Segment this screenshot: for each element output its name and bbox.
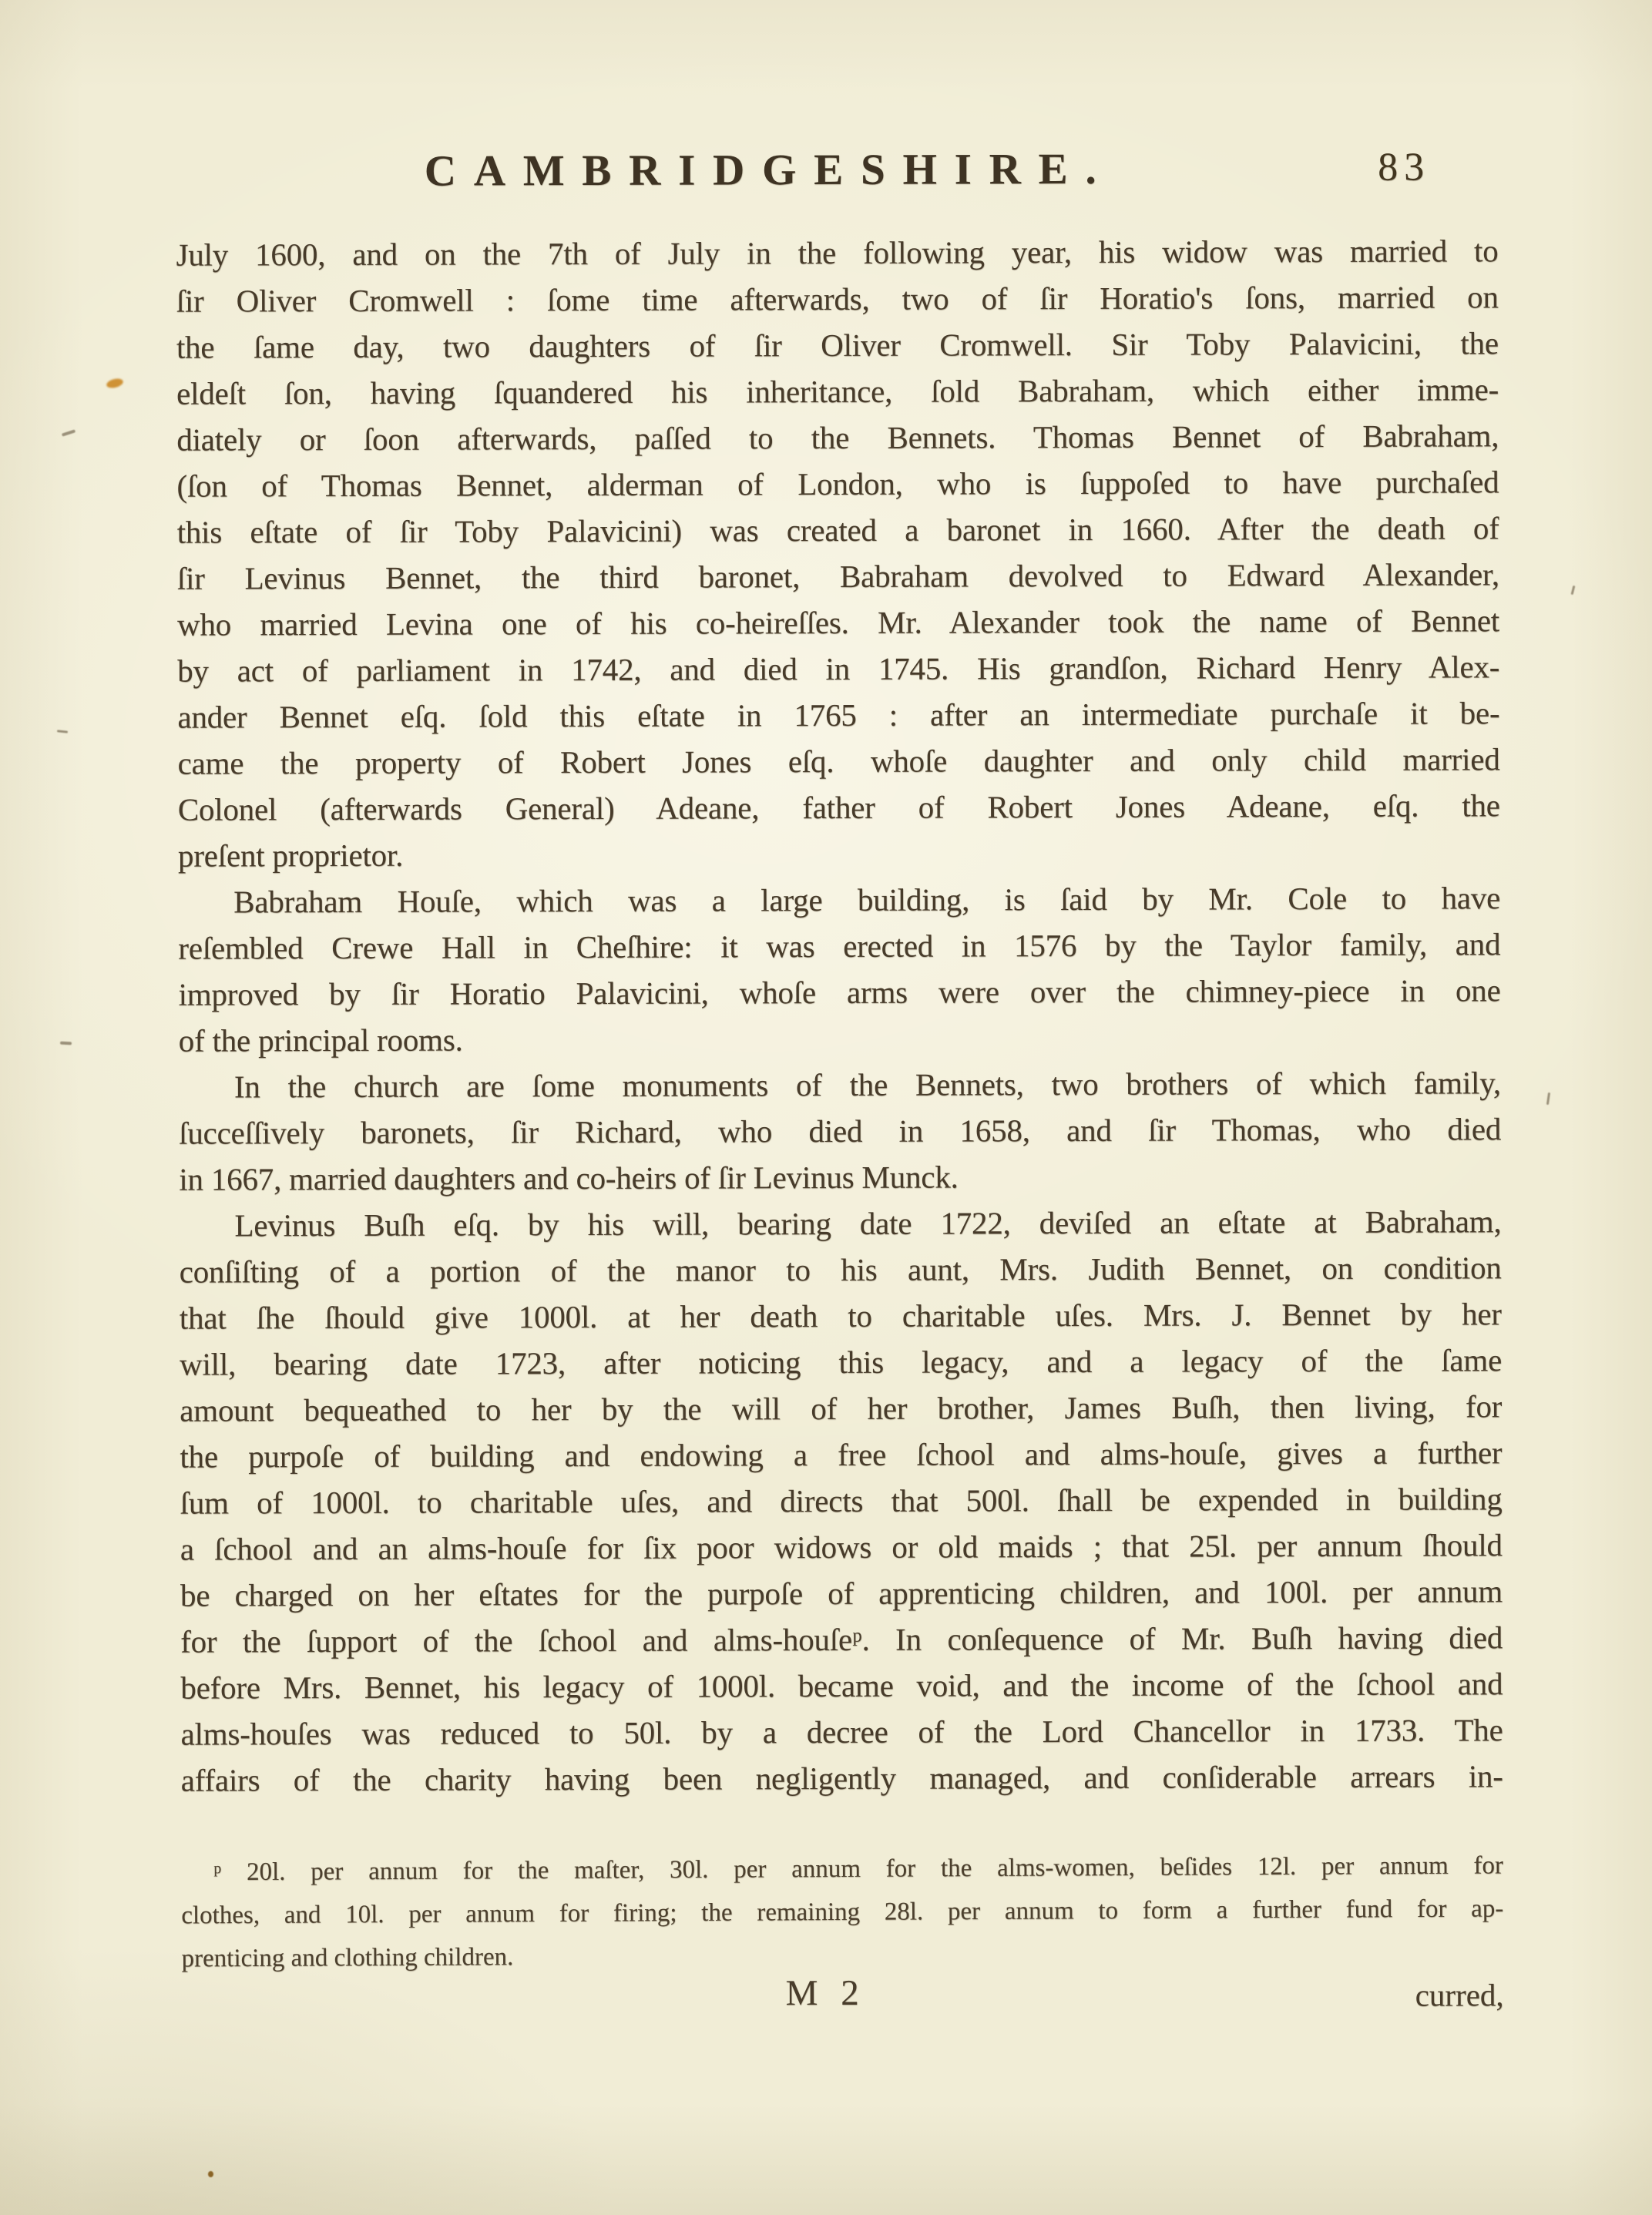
text-line: the ſame day, two daughters of ſir Olive… xyxy=(176,320,1499,370)
page-title: CAMBRIDGESHIRE. xyxy=(108,143,1430,197)
signature-mark: M 2 xyxy=(786,1972,860,2014)
text-line: alms-houſes was reduced to 50l. by a dec… xyxy=(180,1707,1503,1757)
text-line: amount bequeathed to her by the will of … xyxy=(180,1383,1502,1433)
text-line: Levinus Buſh eſq. by his will, bearing d… xyxy=(179,1198,1501,1248)
text-line: ſir Oliver Cromwell : ſome time afterwar… xyxy=(176,274,1499,324)
text-line: (ſon of Thomas Bennet, alderman of Londo… xyxy=(176,458,1499,508)
text-line: preſent proprietor. xyxy=(178,828,1500,878)
body-text: July 1600, and on the 7th of July in the… xyxy=(176,227,1503,1803)
text-line: Colonel (afterwards General) Adeane, fat… xyxy=(178,782,1500,832)
text-line: ſir Levinus Bennet, the third baronet, B… xyxy=(177,551,1499,601)
text-line: affairs of the charity having been negli… xyxy=(181,1753,1503,1803)
text-line: ᵖ 20l. per annum for the maſter, 30l. pe… xyxy=(181,1844,1503,1894)
text-line: Babraham Houſe, which was a large buildi… xyxy=(178,874,1500,925)
text-line: improved by ſir Horatio Palavicini, whoſ… xyxy=(178,967,1500,1017)
text-line: ſum of 1000l. to charitable uſes, and di… xyxy=(180,1475,1503,1525)
text-line: conſiſting of a portion of the manor to … xyxy=(180,1244,1502,1294)
catchword: curred, xyxy=(1415,1976,1504,2013)
ink-speck xyxy=(208,2171,213,2177)
text-line: ander Bennet eſq. ſold this eſtate in 17… xyxy=(177,690,1499,740)
text-line: ſucceſſively baronets, ſir Richard, who … xyxy=(179,1106,1501,1156)
text-line: came the property of Robert Jones eſq. w… xyxy=(177,736,1499,786)
page-number: 83 xyxy=(1378,145,1430,190)
text-line: that ſhe ſhould give 1000l. at her death… xyxy=(180,1290,1502,1341)
text-line: who married Levina one of his co-heireſſ… xyxy=(177,597,1499,647)
page-content: CAMBRIDGESHIRE. 83 July 1600, and on the… xyxy=(0,0,1652,2215)
text-line: by act of parliament in 1742, and died i… xyxy=(177,643,1499,693)
text-line: before Mrs. Bennet, his legacy of 1000l.… xyxy=(180,1660,1503,1710)
text-line: this eſtate of ſir Toby Palavicini) was … xyxy=(177,505,1499,555)
text-line: for the ſupport of the ſchool and alms-h… xyxy=(180,1614,1503,1664)
book-page-scan: CAMBRIDGESHIRE. 83 July 1600, and on the… xyxy=(0,0,1652,2215)
text-line: diately or ſoon afterwards, paſſed to th… xyxy=(176,412,1499,462)
text-line: eldeſt ſon, having ſquandered his inheri… xyxy=(176,366,1499,416)
text-line: clothes, and 10l. per annum for firing; … xyxy=(181,1887,1503,1937)
pencil-mark xyxy=(60,1042,72,1045)
text-line: reſembled Crewe Hall in Cheſhire: it was… xyxy=(178,921,1500,971)
text-line: of the principal rooms. xyxy=(179,1013,1501,1063)
text-line: be charged on her eſtates for the purpoſ… xyxy=(180,1568,1503,1618)
footnote: ᵖ 20l. per annum for the maſter, 30l. pe… xyxy=(181,1844,1504,1980)
text-line: a ſchool and an alms-houſe for ſix poor … xyxy=(180,1522,1503,1572)
text-line: July 1600, and on the 7th of July in the… xyxy=(176,227,1498,277)
text-line: the purpoſe of building and endowing a f… xyxy=(180,1429,1502,1479)
text-line: in 1667, married daughters and co-heirs … xyxy=(179,1152,1501,1202)
text-line: will, bearing date 1723, after noticing … xyxy=(180,1337,1502,1387)
text-line: In the church are ſome monuments of the … xyxy=(179,1059,1501,1109)
